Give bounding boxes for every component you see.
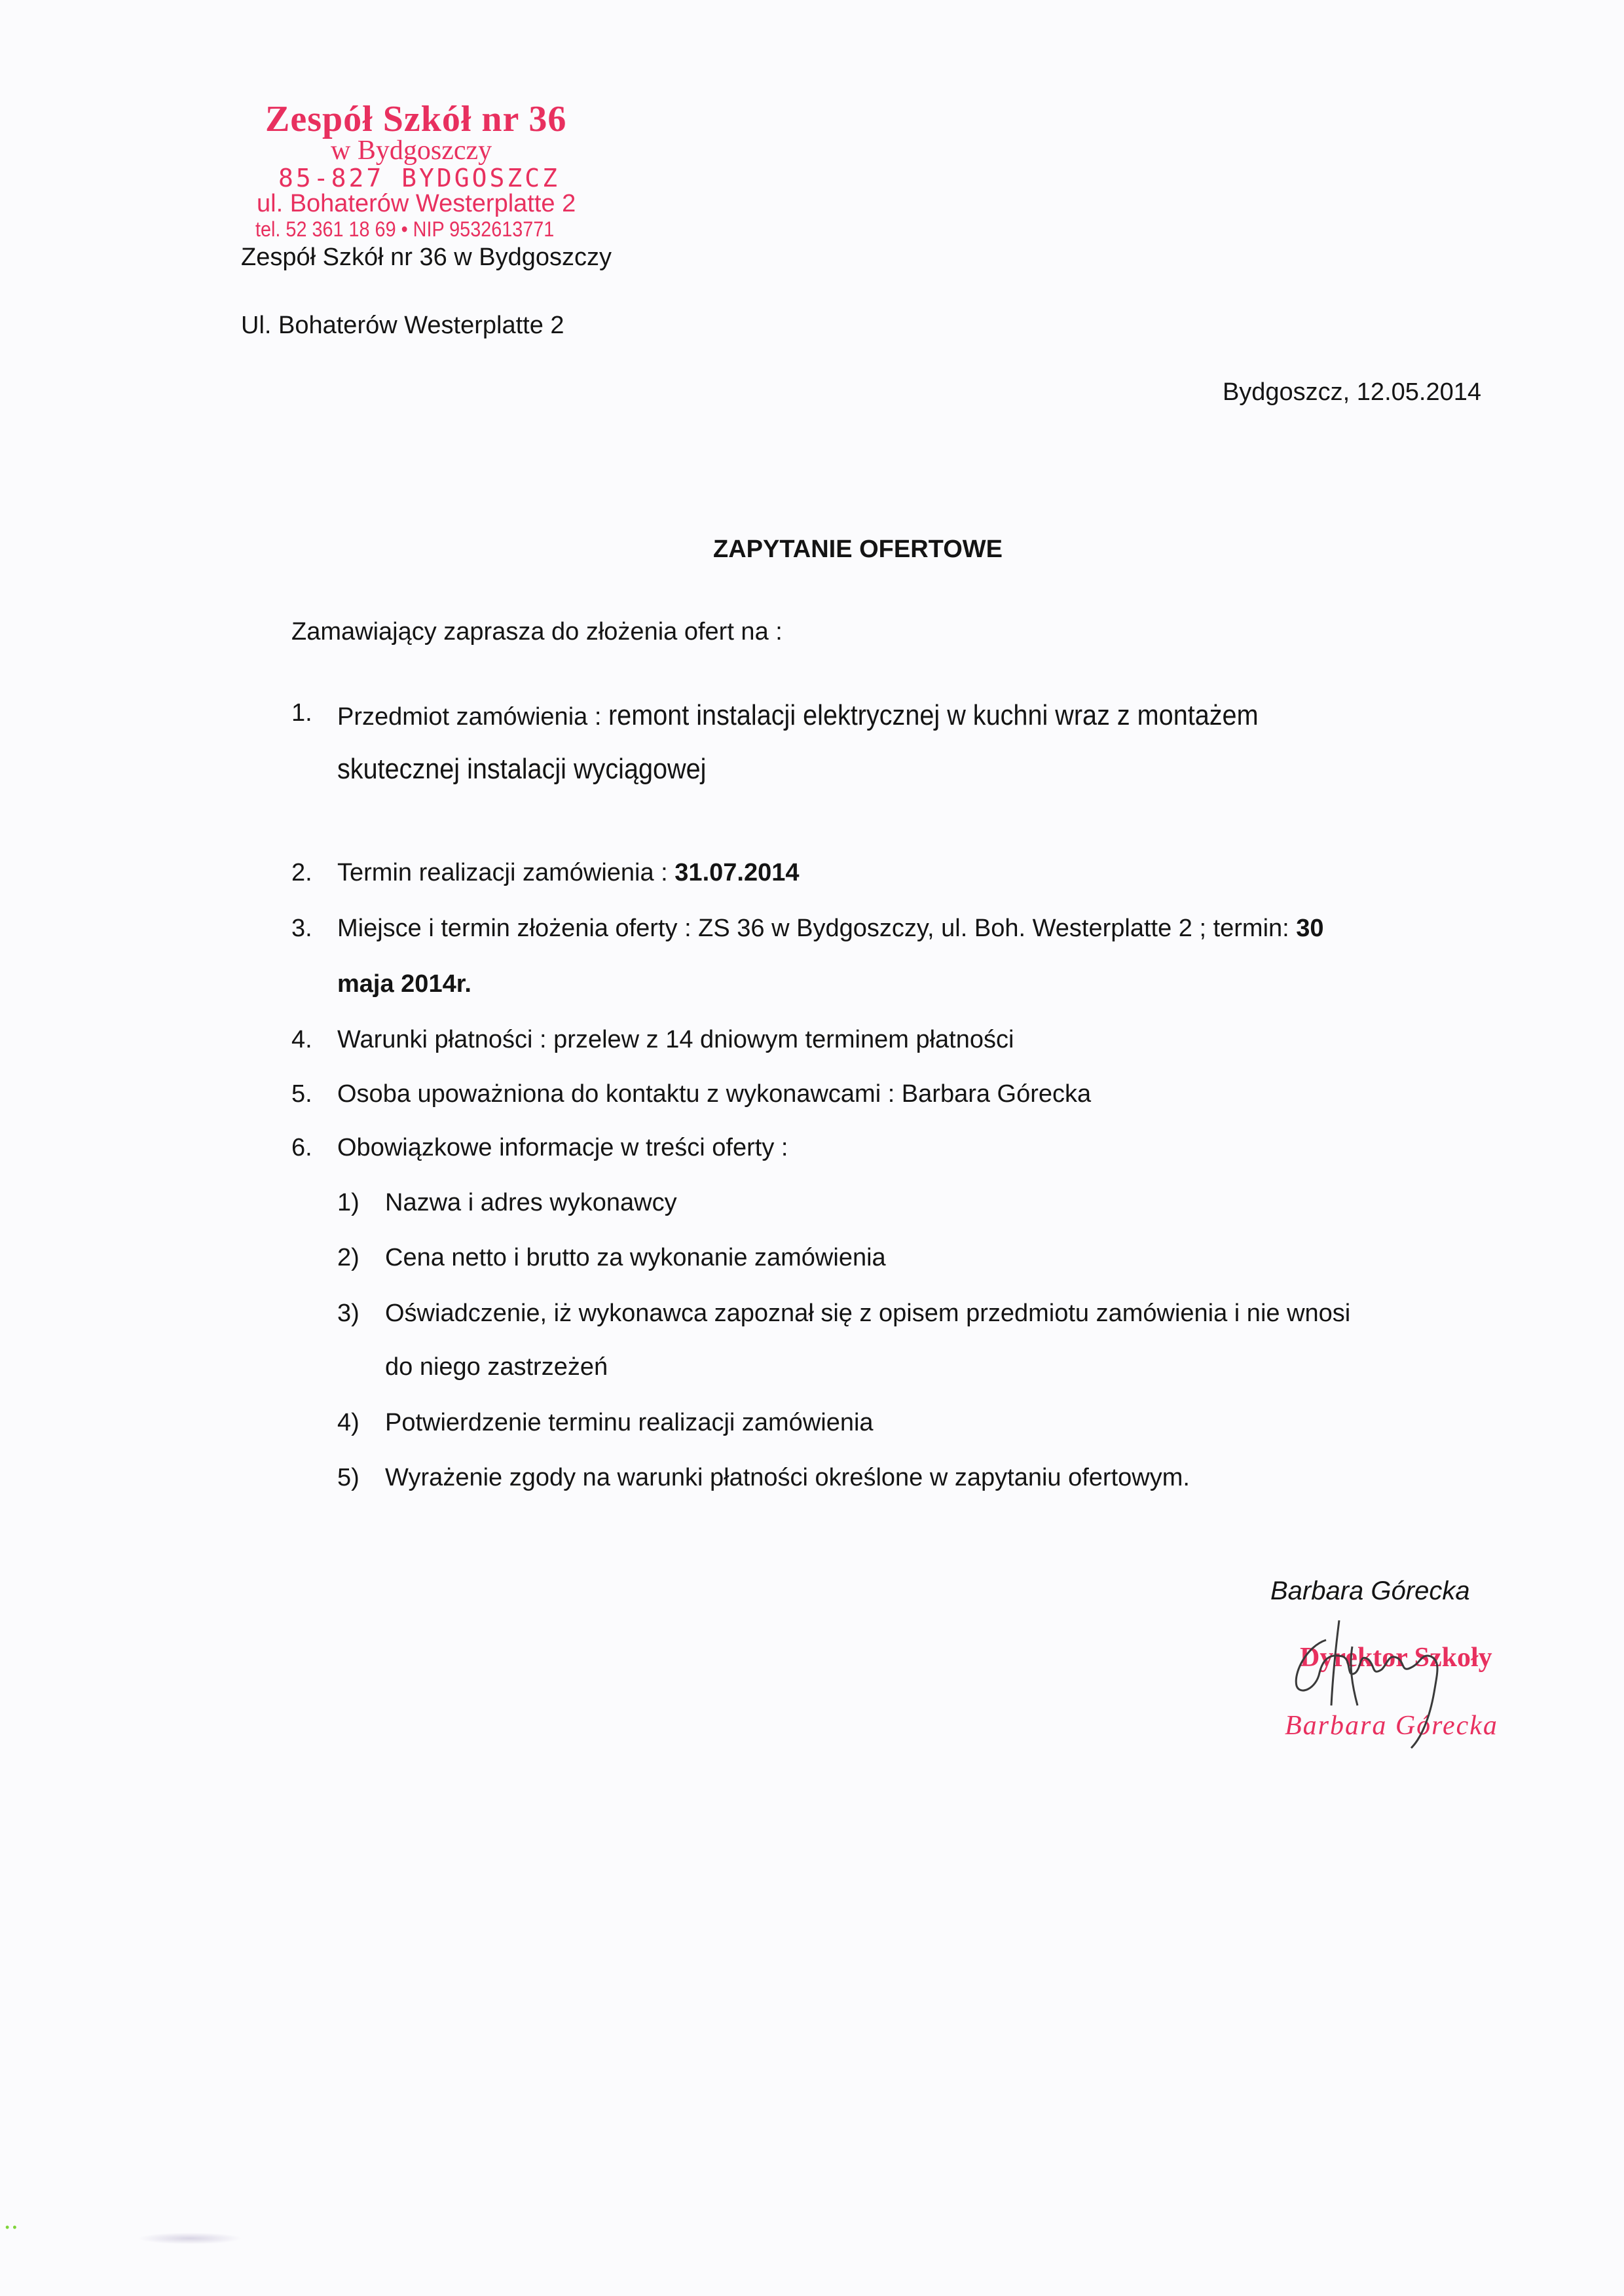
item-number: 2. [291,859,312,887]
sub-item-text: Nazwa i adres wykonawcy [385,1189,677,1217]
item-text: Miejsce i termin złożenia oferty : ZS 36… [337,915,1324,943]
sub-item-text: Wyrażenie zgody na warunki płatności okr… [385,1464,1190,1492]
item-number: 1. [291,699,312,727]
list-item-continuation: skutecznej instalacji wyciągowej [337,753,706,786]
item-text: Termin realizacji zamówienia : 31.07.201… [337,859,799,887]
sub-item-text: Cena netto i brutto za wykonanie zamówie… [385,1244,886,1272]
stamp-postal-code: 85-827 BYDGOSZCZ [278,164,560,192]
item-label: Przedmiot zamówienia : [337,703,608,731]
sub-item-text: Oświadczenie, iż wykonawca zapoznał się … [385,1300,1350,1328]
sub-item-number: 2) [337,1244,360,1272]
item-number: 5. [291,1080,312,1108]
sub-list-item-continuation: do niego zastrzeżeń [385,1353,608,1381]
item-label: Miejsce i termin złożenia oferty : ZS 36… [337,915,1296,942]
signatory-name: Barbara Górecka [1270,1576,1470,1606]
item-number: 6. [291,1134,312,1162]
item-value: 30 [1296,915,1323,942]
stamp-city: w Bydgoszczy [331,135,492,166]
item-text: Przedmiot zamówienia : remont instalacji… [337,699,1331,732]
stamp-school-name: Zespół Szkół nr 36 [265,98,566,140]
handwritten-signature-icon [1280,1607,1477,1758]
stamp-contact: tel. 52 361 18 69 • NIP 9532613771 [255,217,554,242]
sender-street: Ul. Bohaterów Westerplatte 2 [241,312,564,340]
item-value: remont instalacji elektrycznej w kuchni … [608,699,1259,732]
stamp-street: ul. Bohaterów Westerplatte 2 [257,190,576,218]
list-item-continuation: maja 2014r. [337,970,471,998]
item-value-line2: maja 2014r. [337,970,471,998]
intro-text: Zamawiający zaprasza do złożenia ofert n… [291,618,783,646]
item-text: Osoba upoważniona do kontaktu z wykonawc… [337,1080,1091,1108]
document-title: ZAPYTANIE OFERTOWE [0,536,1624,564]
sub-item-number: 1) [337,1189,360,1217]
scan-artifact-dots: • • [5,2221,17,2234]
item-value-line2: skutecznej instalacji wyciągowej [337,753,706,785]
item-number: 3. [291,915,312,943]
sender-name: Zespół Szkół nr 36 w Bydgoszczy [241,244,612,272]
sub-item-number: 4) [337,1409,360,1437]
item-number: 4. [291,1026,312,1054]
item-value: 31.07.2014 [674,859,799,886]
document-date: Bydgoszcz, 12.05.2014 [1223,378,1481,407]
sub-item-text: Potwierdzenie terminu realizacji zamówie… [385,1409,874,1437]
sub-item-number: 3) [337,1300,360,1328]
sub-item-text-line2: do niego zastrzeżeń [385,1353,608,1381]
item-label: Termin realizacji zamówienia : [337,859,674,886]
sub-item-number: 5) [337,1464,360,1492]
scan-smudge [138,2232,242,2244]
item-text: Obowiązkowe informacje w treści oferty : [337,1134,788,1162]
item-text: Warunki płatności : przelew z 14 dniowym… [337,1026,1014,1054]
